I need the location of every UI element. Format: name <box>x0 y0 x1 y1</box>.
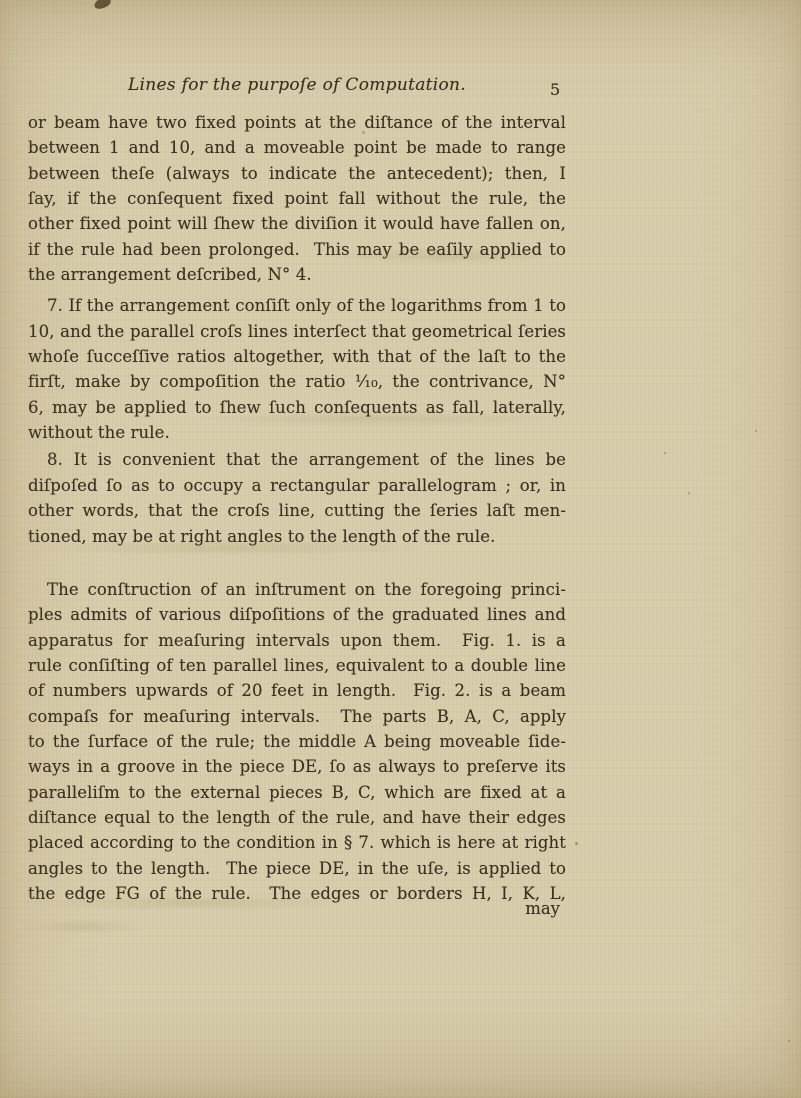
text-line: of numbers upwards of 20 feet in length.… <box>28 678 566 703</box>
text-line: apparatus for meaſuring intervals upon t… <box>28 628 566 653</box>
text-line: firſt, make by compoſition the ratio ¹⁄₁… <box>28 369 566 394</box>
text-line: 10, and the parallel croſs lines interſe… <box>28 319 566 344</box>
page-number: 5 <box>550 80 580 100</box>
ink-blot <box>93 0 112 10</box>
text-line: ſay, if the conſequent fixed point fall … <box>28 186 566 211</box>
text-line: if the rule had been prolonged. This may… <box>28 237 566 262</box>
running-title: Lines for the purpoſe of Computation. <box>28 74 566 96</box>
text-line: other fixed point will ſhew the diviſion… <box>28 211 566 236</box>
text-line: ples admits of various diſpoſitions of t… <box>28 602 566 627</box>
text-line: 8. It is convenient that the arrangement… <box>28 447 566 472</box>
text-line: other words, that the croſs line, cuttin… <box>28 498 566 523</box>
text-line: The conſtruction of an inſtrument on the… <box>28 577 566 602</box>
ink-speck <box>755 430 757 432</box>
text-line: 6, may be applied to ſhew ſuch conſequen… <box>28 395 566 420</box>
text-line: without the rule. <box>28 420 566 445</box>
text-line: the arrangement deſcribed, N° 4. <box>28 262 566 287</box>
ink-speck <box>688 492 690 494</box>
catchword: may <box>470 898 560 920</box>
ink-speck <box>788 1040 790 1042</box>
text-line: 7. If the arrangement conſiſt only of th… <box>28 293 566 318</box>
ink-speck <box>664 452 666 454</box>
scanned-book-page: Lines for the purpoſe of Computation. 5 … <box>0 0 801 1098</box>
text-line: diſtance equal to the length of the rule… <box>28 805 566 830</box>
text-line: ways in a groove in the piece DE, ſo as … <box>28 754 566 779</box>
body-text: or beam have two fixed points at the diſ… <box>28 110 566 906</box>
text-line: tioned, may be at right angles to the le… <box>28 524 566 549</box>
text-line: diſpoſed ſo as to occupy a rectangular p… <box>28 473 566 498</box>
text-line: or beam have two fixed points at the diſ… <box>28 110 566 135</box>
text-line: whoſe ſucceſſive ratios altogether, with… <box>28 344 566 369</box>
bleedthrough-smudge <box>25 920 145 933</box>
text-line: between 1 and 10, and a moveable point b… <box>28 135 566 160</box>
ink-speck <box>575 842 578 845</box>
text-line: to the ſurface of the rule; the middle A… <box>28 729 566 754</box>
text-line: placed according to the condition in § 7… <box>28 830 566 855</box>
text-line: compaſs for meaſuring intervals. The par… <box>28 704 566 729</box>
text-line: paralleliſm to the external pieces B, C,… <box>28 780 566 805</box>
text-line: angles to the length. The piece DE, in t… <box>28 856 566 881</box>
text-line: between theſe (always to indicate the an… <box>28 161 566 186</box>
text-line: rule conſiſting of ten parallel lines, e… <box>28 653 566 678</box>
